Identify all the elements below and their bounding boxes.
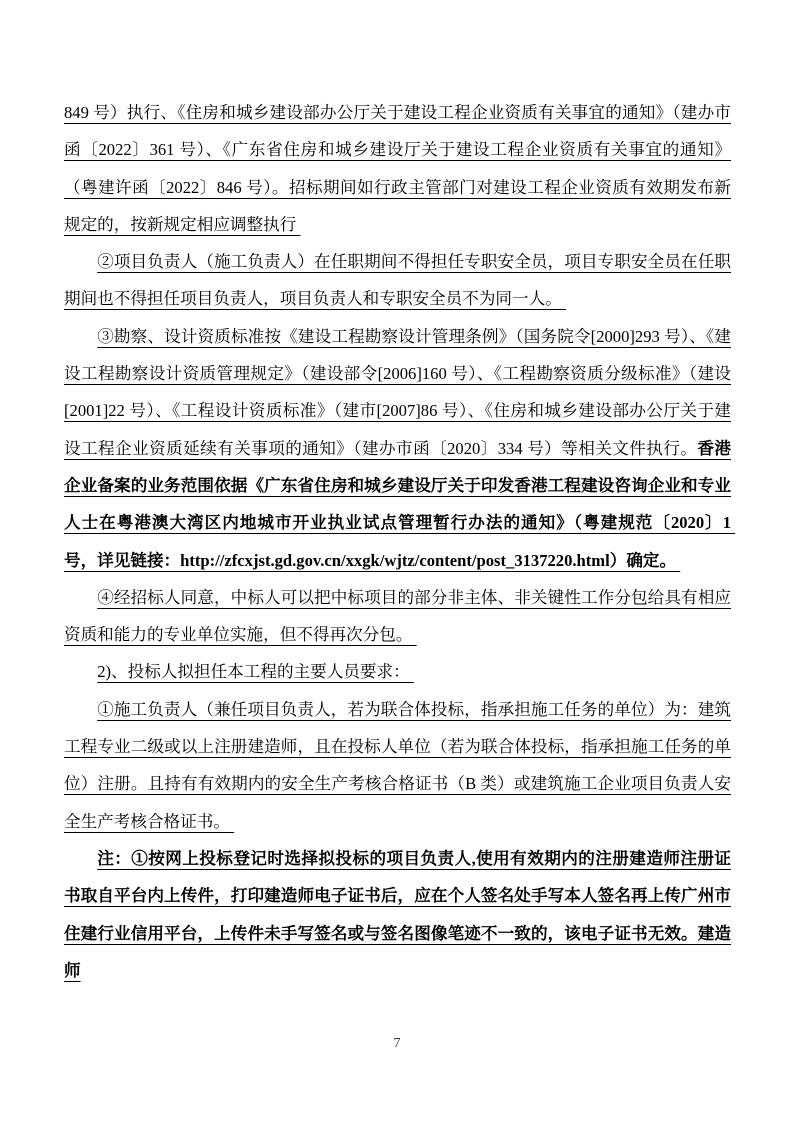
paragraph: 注：①按网上投标登记时选择拟投标的项目负责人,使用有效期内的注册建造师注册证书取… xyxy=(64,840,731,989)
text-segment: 香港企业备案的业务范围依据《广东省住房和城乡建设厅关于印发香港工程建设咨询企业和… xyxy=(64,439,735,570)
text-segment: ①施工负责人（兼任项目负责人，若为联合体投标，指承担施工任务的单位）为：建筑工程… xyxy=(64,700,731,831)
paragraph: ③勘察、设计资质标准按《建设工程勘察设计管理条例》（国务院令[2000]293 … xyxy=(64,318,731,579)
text-segment: ②项目负责人（施工负责人）在任职期间不得担任专职安全员，项目专职安全员在任职期间… xyxy=(64,252,731,308)
text-segment: ③勘察、设计资质标准按《建设工程勘察设计管理条例》（国务院令[2000]293 … xyxy=(64,327,731,458)
paragraph: 2)、投标人拟担任本工程的主要人员要求： xyxy=(64,653,731,690)
page-footer: 7 xyxy=(0,1034,794,1052)
text-segment: ④经招标人同意，中标人可以把中标项目的部分非主体、非关键性工作分包给具有相应资质… xyxy=(64,588,731,644)
document-page: 849 号）执行、《住房和城乡建设部办公厅关于建设工程企业资质有关事宜的通知》（… xyxy=(0,0,794,1123)
page-number: 7 xyxy=(394,1036,401,1051)
text-segment: 849 号）执行、《住房和城乡建设部办公厅关于建设工程企业资质有关事宜的通知》（… xyxy=(64,103,731,234)
document-body: 849 号）执行、《住房和城乡建设部办公厅关于建设工程企业资质有关事宜的通知》（… xyxy=(64,94,731,989)
paragraph: ④经招标人同意，中标人可以把中标项目的部分非主体、非关键性工作分包给具有相应资质… xyxy=(64,579,731,654)
paragraph: 849 号）执行、《住房和城乡建设部办公厅关于建设工程企业资质有关事宜的通知》（… xyxy=(64,94,731,243)
paragraph: ②项目负责人（施工负责人）在任职期间不得担任专职安全员，项目专职安全员在任职期间… xyxy=(64,243,731,318)
text-segment: 2)、投标人拟担任本工程的主要人员要求： xyxy=(97,662,414,681)
paragraph: ①施工负责人（兼任项目负责人，若为联合体投标，指承担施工任务的单位）为：建筑工程… xyxy=(64,691,731,840)
text-segment: 注：①按网上投标登记时选择拟投标的项目负责人,使用有效期内的注册建造师注册证书取… xyxy=(64,849,731,980)
